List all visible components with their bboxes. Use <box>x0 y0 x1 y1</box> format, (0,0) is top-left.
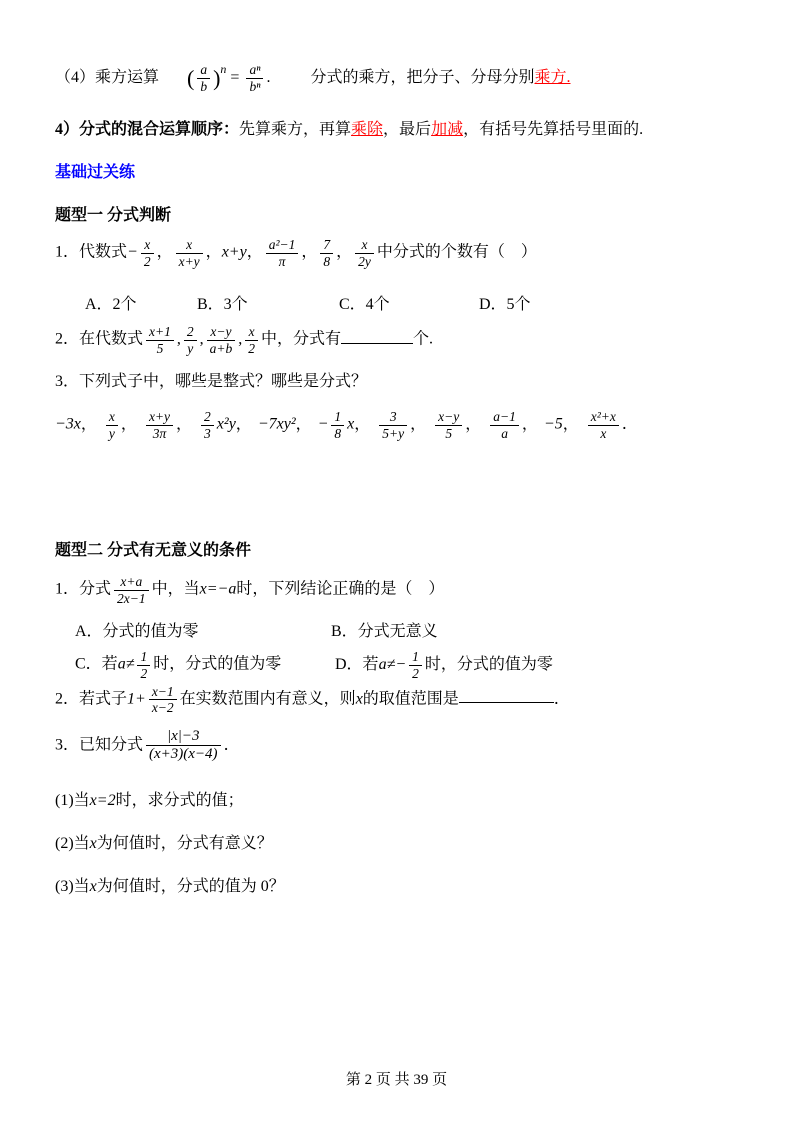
denominator: b <box>197 78 210 95</box>
numerator: x <box>355 237 374 253</box>
numerator: 1 <box>137 649 150 665</box>
fraction: x−y5 <box>435 409 462 441</box>
option-c: C．若a≠12时，分式的值为零 <box>75 649 335 681</box>
denominator: 8 <box>331 425 344 442</box>
page-footer: 第 2 页 共 39 页 <box>0 1068 793 1089</box>
question-tail: 时，下列结论正确的是（ ） <box>236 581 444 598</box>
topic1-question-2: 2．在代数式x+15,2y,x−ya+b,x2中，分式有个. <box>55 324 745 356</box>
comma: , <box>238 331 242 348</box>
comma: ， <box>81 416 97 433</box>
period: ． <box>622 416 638 433</box>
option-text: 时，分式的值为零 <box>425 656 553 673</box>
fraction: a−1a <box>490 409 519 441</box>
topic2-q3-sub3: (3)当x为何值时，分式的值为 0？ <box>55 873 745 896</box>
question-tail: 个. <box>413 331 433 348</box>
answer-blank <box>459 687 554 703</box>
numerator: 7 <box>320 237 333 253</box>
comma: , <box>200 331 204 348</box>
fraction-a-over-b: ab <box>197 62 210 94</box>
numerator: x <box>106 409 118 425</box>
denominator: y <box>184 340 197 357</box>
fraction: xy <box>106 409 118 441</box>
minus-sign: − <box>127 244 138 261</box>
fraction: x2y <box>355 237 374 269</box>
denominator: 5+y <box>379 425 407 442</box>
fraction: 78 <box>320 237 333 269</box>
numerator: 2 <box>201 409 214 425</box>
comma: ， <box>522 416 538 433</box>
denominator: 2x−1 <box>114 590 149 607</box>
denominator: 5 <box>146 340 174 357</box>
numerator: x <box>245 324 258 340</box>
option-text: 时，分式的值为零 <box>153 656 281 673</box>
numerator: x <box>176 237 203 253</box>
numerator: x−y <box>435 409 462 425</box>
answer-blank <box>341 328 413 344</box>
numerator: x−y <box>207 324 236 340</box>
numerator: a <box>197 62 210 78</box>
power-formula: (ab)n=aⁿbⁿ. <box>187 69 270 86</box>
denominator: (x+3)(x−4) <box>146 745 221 763</box>
topic1-question-3: 3．下列式子中，哪些是整式？哪些是分式？ <box>55 368 745 391</box>
numerator: x−1 <box>149 684 177 700</box>
expression: −5 <box>544 416 563 433</box>
question-label: 1．代数式 <box>55 244 127 261</box>
topic2-q3-sub1: (1)当x=2时，求分式的值； <box>55 787 745 810</box>
math-variable: x <box>90 835 97 852</box>
numerator: a²−1 <box>266 237 299 253</box>
denominator: a <box>490 425 519 442</box>
denominator: π <box>266 253 299 270</box>
period: ． <box>554 690 570 707</box>
option-b: B．3个 <box>197 291 339 314</box>
option-c: C．4个 <box>339 291 479 314</box>
fraction: xx+y <box>176 237 203 269</box>
rule-power-label: （4）乘方运算 <box>55 69 159 86</box>
fraction-an-over-bn: aⁿbⁿ <box>246 62 263 94</box>
denominator: 2 <box>245 340 258 357</box>
topic2-question-1: 1．分式x+a2x−1中，当x=−a时，下列结论正确的是（ ） <box>55 574 745 606</box>
sub-label: (1)当 <box>55 792 90 809</box>
comma: ， <box>176 416 192 433</box>
numerator: x+a <box>114 574 149 590</box>
sub-text: 时，求分式的值； <box>116 792 244 809</box>
question-text: 中，当 <box>152 581 200 598</box>
question-label: 2．若式子 <box>55 690 127 707</box>
equals-sign: = <box>230 69 239 86</box>
section-heading-practice: 基础过关练 <box>55 159 745 182</box>
rule-order-heading: 4）分式的混合运算顺序： <box>55 121 239 138</box>
option-d: D．若a≠−12时，分式的值为零 <box>335 656 553 673</box>
topic2-question-3: 3．已知分式|x|−3(x+3)(x−4)． <box>55 728 745 764</box>
fraction: x2 <box>141 237 154 269</box>
fraction: x²+xx <box>588 409 619 441</box>
question-label: 3．已知分式 <box>55 736 143 753</box>
topic2-question-2: 2．若式子1+x−1x−2在实数范围内有意义，则x的取值范围是． <box>55 684 745 716</box>
question-label: 2．在代数式 <box>55 331 143 348</box>
math-variable: x <box>90 878 97 895</box>
expression: −7xy² <box>258 416 296 433</box>
question-text: 中，分式有 <box>261 331 341 348</box>
denominator: 2y <box>355 253 374 270</box>
fraction: |x|−3(x+3)(x−4) <box>146 728 221 764</box>
denominator: y <box>106 425 118 442</box>
option-a: A．2个 <box>85 291 197 314</box>
fraction: x+15 <box>146 324 174 356</box>
question-tail: 中分式的个数有（ ） <box>377 244 537 261</box>
denominator: a+b <box>207 340 236 357</box>
denominator: 2 <box>409 665 422 682</box>
fraction: 2y <box>184 324 197 356</box>
rule-order-text2: ，最后 <box>383 121 431 138</box>
formula-period: . <box>266 69 270 86</box>
numerator: |x|−3 <box>146 728 221 745</box>
question-text: 在实数范围内有意义，则 <box>180 690 356 707</box>
comma: ， <box>465 416 481 433</box>
option-d: D．5个 <box>479 291 531 314</box>
topic2-q1-options-ab: A．分式的值为零B．分式无意义 <box>55 618 745 641</box>
sub-text: 为何值时，分式有意义？ <box>97 835 273 852</box>
fraction: x+a2x−1 <box>114 574 149 606</box>
option-b: B．分式无意义 <box>331 623 438 640</box>
rule-order-keyword1: 乘除 <box>351 121 383 138</box>
rule-power-line: （4）乘方运算(ab)n=aⁿbⁿ.分式的乘方，把分子、分母分别乘方. <box>55 62 745 94</box>
topic2-heading: 题型二 分式有无意义的条件 <box>55 537 745 560</box>
comma: ， <box>563 416 579 433</box>
numerator: aⁿ <box>246 62 263 78</box>
denominator: 2 <box>141 253 154 270</box>
denominator: 8 <box>320 253 333 270</box>
numerator: x+1 <box>146 324 174 340</box>
sub-text: 为何值时，分式的值为 0？ <box>97 878 285 895</box>
comma: ， <box>247 244 263 261</box>
expression: −3x <box>55 416 81 433</box>
comma: ， <box>121 416 137 433</box>
numerator: x <box>141 237 154 253</box>
page-content: （4）乘方运算(ab)n=aⁿbⁿ.分式的乘方，把分子、分母分别乘方. 4）分式… <box>0 0 793 896</box>
rule-order-line: 4）分式的混合运算顺序：先算乘方，再算乘除，最后加减，有括号先算括号里面的. <box>55 116 745 139</box>
comma: , <box>177 331 181 348</box>
exponent-n: n <box>220 62 226 76</box>
rule-order-text3: ，有括号先算括号里面的. <box>463 121 643 138</box>
rule-order-text1: 先算乘方，再算 <box>239 121 351 138</box>
fraction: 18 <box>331 409 344 441</box>
left-paren: ( <box>187 65 194 90</box>
topic1-heading: 题型一 分式判断 <box>55 202 745 225</box>
sub-label: (3)当 <box>55 878 90 895</box>
denominator: x+y <box>176 253 203 270</box>
denominator: 3 <box>201 425 214 442</box>
comma: ， <box>410 416 426 433</box>
comma: ， <box>157 244 173 261</box>
fraction: x2 <box>245 324 258 356</box>
comma: ， <box>236 416 252 433</box>
sub-label: (2)当 <box>55 835 90 852</box>
comma: ， <box>301 244 317 261</box>
denominator: 3π <box>146 425 173 442</box>
fraction: x−1x−2 <box>149 684 177 716</box>
denominator: x−2 <box>149 699 177 716</box>
fraction: x+y3π <box>146 409 173 441</box>
denominator: 5 <box>435 425 462 442</box>
fraction: x−ya+b <box>207 324 236 356</box>
math-variable: x <box>356 690 363 707</box>
topic2-q1-options-cd: C．若a≠12时，分式的值为零D．若a≠−12时，分式的值为零 <box>55 649 745 681</box>
comma: ， <box>206 244 222 261</box>
rule-order-keyword2: 加减 <box>431 121 463 138</box>
denominator: bⁿ <box>246 78 263 95</box>
math-condition: a≠ <box>118 656 135 673</box>
expression: x+y <box>222 244 247 261</box>
question-label: 1．分式 <box>55 581 111 598</box>
topic1-q3-expressions: −3x，xy，x+y3π，23x²y，−7xy²，−18x，35+y，x−y5，… <box>55 409 745 441</box>
math-condition: x=−a <box>200 581 237 598</box>
fraction: 12 <box>409 649 422 681</box>
fraction: 35+y <box>379 409 407 441</box>
option-a: A．分式的值为零 <box>75 618 331 641</box>
numerator: 2 <box>184 324 197 340</box>
minus-sign: − <box>318 416 329 433</box>
fraction: 23 <box>201 409 214 441</box>
fraction: a²−1π <box>266 237 299 269</box>
comma: ， <box>354 416 370 433</box>
math-condition: x=2 <box>90 792 116 809</box>
topic2-q3-sub2: (2)当x为何值时，分式有意义？ <box>55 830 745 853</box>
denominator: 2 <box>137 665 150 682</box>
topic1-question-1: 1．代数式−x2，xx+y，x+y，a²−1π，78，x2y中分式的个数有（ ） <box>55 237 745 269</box>
expression: x²y <box>217 416 236 433</box>
math-condition: a≠− <box>379 656 407 673</box>
denominator: x <box>588 425 619 442</box>
numerator: x²+x <box>588 409 619 425</box>
fraction: 12 <box>137 649 150 681</box>
topic1-q1-options: A．2个B．3个C．4个D．5个 <box>55 291 745 314</box>
comma: ， <box>336 244 352 261</box>
numerator: 1 <box>409 649 422 665</box>
option-text: D．若 <box>335 656 379 673</box>
period: ． <box>224 736 240 753</box>
worksheet-page: （4）乘方运算(ab)n=aⁿbⁿ.分式的乘方，把分子、分母分别乘方. 4）分式… <box>0 0 793 1122</box>
option-text: C．若 <box>75 656 118 673</box>
rule-power-keyword: 乘方. <box>534 69 570 86</box>
numerator: x+y <box>146 409 173 425</box>
numerator: 1 <box>331 409 344 425</box>
numerator: 3 <box>379 409 407 425</box>
numerator: a−1 <box>490 409 519 425</box>
rule-power-text: 分式的乘方，把分子、分母分别 <box>310 69 534 86</box>
question-text: 的取值范围是 <box>363 690 459 707</box>
math-expression: 1+ <box>127 690 146 707</box>
comma: ， <box>296 416 312 433</box>
